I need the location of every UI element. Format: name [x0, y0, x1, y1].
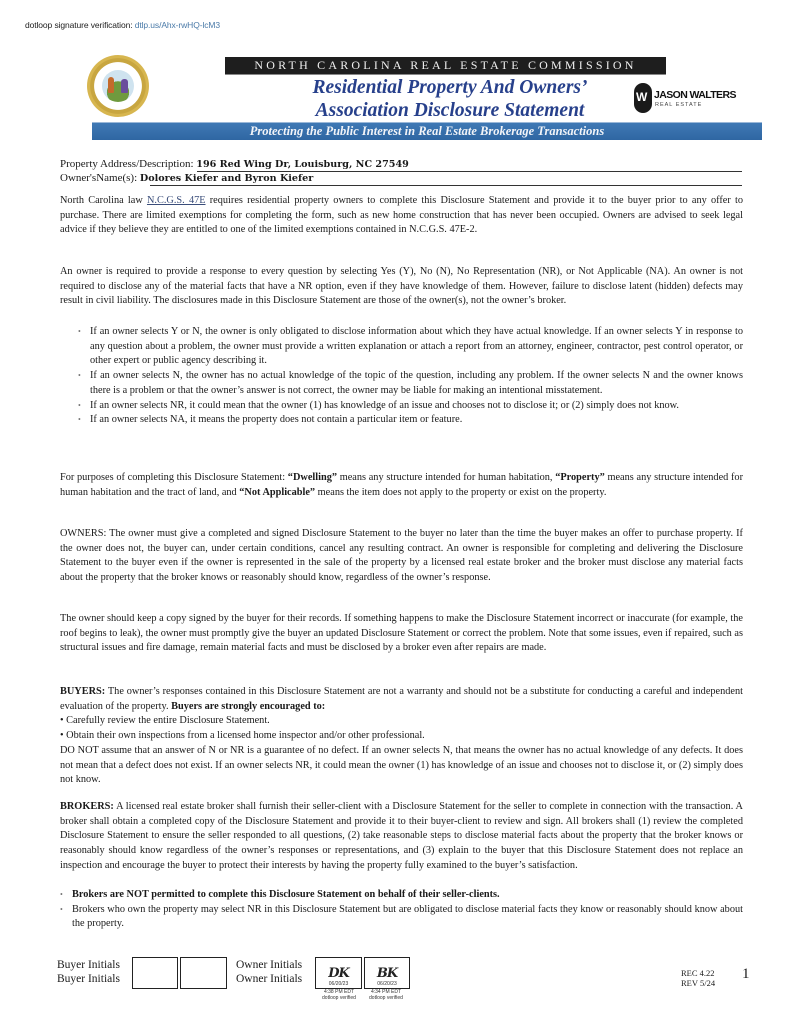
owner-names-value[interactable]: Dolores Kiefer and Byron Kiefer — [140, 173, 313, 184]
page-title: Residential Property And Owners’ Associa… — [270, 76, 630, 122]
buyer-initials-box-1[interactable] — [132, 957, 178, 989]
owner-initial-2-date: 06/20/23 — [365, 982, 409, 988]
owner-initial-1-note: dotloop verified — [315, 996, 363, 1002]
buyer-initials-label-2: Buyer Initials — [57, 972, 120, 986]
def-dwelling: means any structure intended for human h… — [337, 472, 555, 483]
owners-section-2: The owner should keep a copy signed by t… — [60, 612, 743, 656]
brokers-heading: BROKERS: — [60, 801, 114, 812]
owner-initial-2-stamp: 4:34 PM EDT dotloop verified — [362, 990, 410, 1001]
rev-code: REV 5/24 — [681, 978, 715, 988]
form-revision: REC 4.22 REV 5/24 — [681, 968, 715, 988]
owner-initials-box-2[interactable]: BK 06/20/23 — [364, 957, 410, 989]
term-not-applicable: “Not Applicable” — [239, 487, 315, 498]
buyers-bullet-2: • Obtain their own inspections from a li… — [60, 729, 743, 744]
response-bullets: If an owner selects Y or N, the owner is… — [78, 325, 743, 428]
owner-names-row: Owner'sName(s): Dolores Kiefer and Byron… — [60, 172, 313, 185]
owner-initial-bk: BK — [365, 966, 409, 981]
owner-initial-dk: DK — [316, 966, 361, 981]
buyer-initials-label-1: Buyer Initials — [57, 958, 120, 972]
term-property: “Property” — [555, 472, 605, 483]
buyers-text: The owner’s responses contained in this … — [60, 686, 743, 712]
owner-initials-label-2: Owner Initials — [236, 972, 302, 986]
owner-initials-box-1[interactable]: DK 06/20/23 — [315, 957, 362, 989]
nc-state-seal-icon — [87, 55, 149, 117]
definitions-lead: For purposes of completing this Disclosu… — [60, 472, 288, 483]
definitions-paragraph: For purposes of completing this Disclosu… — [60, 471, 743, 500]
brokers-not-permitted: Brokers are NOT permitted to complete th… — [72, 889, 500, 900]
brokers-section: BROKERS: A licensed real estate broker s… — [60, 800, 743, 874]
ncgs-47e-link[interactable]: N.C.G.S. 47E — [147, 195, 206, 206]
intro-paragraph-2: An owner is required to provide a respon… — [60, 265, 743, 309]
term-dwelling: “Dwelling” — [288, 472, 337, 483]
property-address-value[interactable]: 196 Red Wing Dr, Louisburg, NC 27549 — [196, 159, 409, 170]
owner-names-label: Owner'sName(s): — [60, 172, 137, 184]
property-address-row: Property Address/Description: 196 Red Wi… — [60, 158, 409, 171]
owner-initial-1-date: 06/20/23 — [316, 982, 361, 988]
brokers-text: A licensed real estate broker shall furn… — [60, 801, 743, 871]
buyers-encouraged: Buyers are strongly encouraged to: — [171, 701, 325, 712]
intro-text: North Carolina law — [60, 195, 147, 206]
owner-initial-2-note: dotloop verified — [362, 996, 410, 1002]
owner-initials-labels: Owner Initials Owner Initials — [236, 958, 302, 986]
def-not-applicable: means the item does not apply to the pro… — [315, 487, 606, 498]
owners-underline — [150, 185, 742, 186]
buyer-initials-box-2[interactable] — [180, 957, 227, 989]
brokers-bullet-2: Brokers who own the property may select … — [60, 903, 743, 932]
title-line-2: Association Disclosure Statement — [270, 99, 630, 122]
tagline-banner: Protecting the Public Interest in Real E… — [92, 122, 762, 140]
owner-initial-1-stamp: 4:38 PM EDT dotloop verified — [315, 990, 363, 1001]
bullet-n: If an owner selects N, the owner has no … — [78, 369, 743, 398]
owners-heading: OWNERS: — [60, 528, 106, 539]
buyer-initials-labels: Buyer Initials Buyer Initials — [57, 958, 120, 986]
bullet-na: If an owner selects NA, it means the pro… — [78, 413, 743, 428]
verification-label: dotloop signature verification: — [25, 20, 132, 30]
buyers-bullet-1: • Carefully review the entire Disclosure… — [60, 714, 743, 729]
brokers-bullets: Brokers are NOT permitted to complete th… — [60, 888, 743, 932]
bullet-nr: If an owner selects NR, it could mean th… — [78, 399, 743, 414]
intro-paragraph-1: North Carolina law N.C.G.S. 47E requires… — [60, 194, 743, 238]
brokerage-sub: REAL ESTATE — [655, 102, 702, 108]
brokerage-name: JASON WALTERS — [654, 89, 736, 101]
owners-section: OWNERS: The owner must give a completed … — [60, 527, 743, 586]
owners-text: The owner must give a completed and sign… — [60, 528, 743, 583]
property-address-label: Property Address/Description: — [60, 158, 194, 170]
response-options-text: An owner is required to provide a respon… — [60, 265, 743, 309]
bullet-y-or-n: If an owner selects Y or N, the owner is… — [78, 325, 743, 369]
rec-code: REC 4.22 — [681, 968, 715, 978]
verification-link[interactable]: dtlp.us/Ahx-rwHQ-lcM3 — [135, 20, 220, 30]
buyers-heading: BUYERS: — [60, 686, 105, 697]
dotloop-verification: dotloop signature verification: dtlp.us/… — [25, 20, 220, 30]
owner-initials-label-1: Owner Initials — [236, 958, 302, 972]
owners-update-text: The owner should keep a copy signed by t… — [60, 612, 743, 656]
buyers-do-not-assume: DO NOT assume that an answer of N or NR … — [60, 744, 743, 788]
page-number: 1 — [742, 966, 750, 983]
commission-banner: NORTH CAROLINA REAL ESTATE COMMISSION — [225, 57, 666, 75]
brokers-bullet-1: Brokers are NOT permitted to complete th… — [60, 888, 743, 903]
buyers-section: BUYERS: The owner’s responses contained … — [60, 685, 743, 788]
title-line-1: Residential Property And Owners’ — [270, 76, 630, 99]
jason-walters-logo-icon — [634, 83, 652, 113]
